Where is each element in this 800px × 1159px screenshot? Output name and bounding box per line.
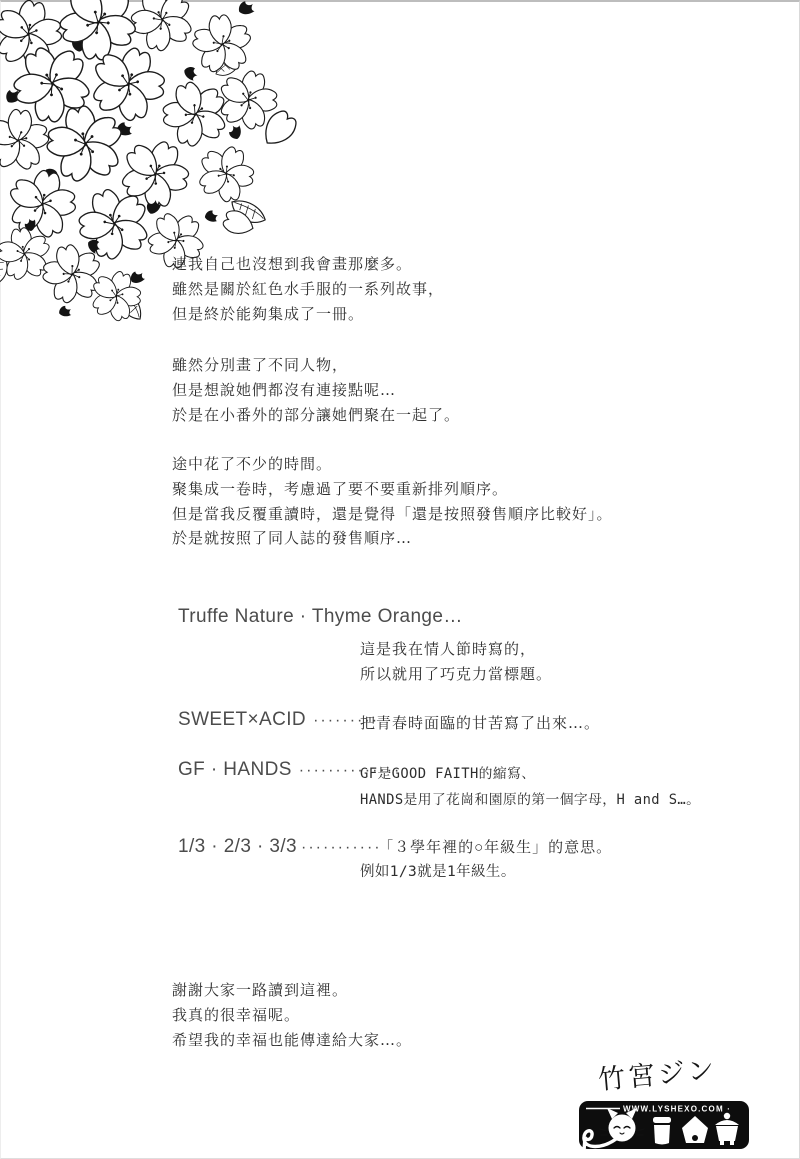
text-line: 於是就按照了同人誌的發售順序… (172, 526, 613, 551)
note-line: 把青春時面臨的甘苦寫了出來…。 (360, 711, 600, 736)
intro-paragraph-1: 連我自己也沒想到我會畫那麼多。 雖然是關於紅色水手服的一系列故事， 但是終於能夠… (172, 252, 444, 326)
closing-paragraph: 謝謝大家一路讀到這裡。 我真的很幸福呢。 希望我的幸福也能傳達給大家…。 (172, 978, 412, 1052)
text-line: 於是在小番外的部分讓她們聚在一起了。 (172, 403, 460, 428)
text-line: 謝謝大家一路讀到這裡。 (172, 978, 412, 1003)
text-line: 但是想說她們都沒有連接點呢… (172, 378, 460, 403)
text-line: 希望我的幸福也能傳達給大家…。 (172, 1028, 412, 1053)
scanlation-logo: WWW.LYSHEXO.COM · (576, 1097, 758, 1159)
dot-leader: ··········· (301, 839, 382, 856)
section-notes-truffe-thyme: 這是我在情人節時寫的， 所以就用了巧克力當標題。 (360, 637, 552, 687)
text-line: 我真的很幸福呢。 (172, 1003, 412, 1028)
intro-paragraph-2: 雖然分別畫了不同人物， 但是想說她們都沒有連接點呢… 於是在小番外的部分讓她們聚… (172, 353, 460, 427)
text-line: 途中花了不少的時間。 (172, 452, 613, 477)
section-notes-grades: 例如1/3就是1年級生。 (360, 860, 516, 885)
note-line: 所以就用了巧克力當標題。 (360, 662, 552, 687)
note-line: 這是我在情人節時寫的， (360, 637, 552, 662)
section-title-text: SWEET×ACID (178, 709, 306, 730)
artist-signature: 竹宮ジン (596, 1048, 718, 1097)
text-line: 但是終於能夠集成了一冊。 (172, 302, 444, 327)
jar-icon (653, 1117, 671, 1145)
text-line: 但是當我反覆重讀時，還是覺得「還是按照發售順序比較好」。 (172, 502, 613, 527)
text-line: 連我自己也沒想到我會畫那麼多。 (172, 252, 444, 277)
note-line: 例如1/3就是1年級生。 (360, 860, 516, 885)
logo-url-text: WWW.LYSHEXO.COM · (623, 1105, 731, 1114)
section-title-grades: 1/3 · 2/3 · 3/3···········「３學年裡的○年級生」的意思… (178, 836, 612, 858)
section-title-text: Truffe Nature · Thyme Orange… (178, 606, 463, 627)
text-line: 聚集成一卷時，考慮過了要不要重新排列順序。 (172, 477, 613, 502)
section-notes-gf-hands: GF是GOOD FAITH的縮寫、 HANDS是用了花崗和園原的第一個字母，H … (360, 761, 700, 813)
section-title-sweet-acid: SWEET×ACID········· (178, 709, 379, 731)
text-line: 雖然分別畫了不同人物， (172, 353, 460, 378)
section-title-truffe-thyme: Truffe Nature · Thyme Orange… (178, 606, 470, 628)
note-line: HANDS是用了花崗和園原的第一個字母，H and S…。 (360, 787, 700, 813)
section-title-text: GF · HANDS (178, 759, 292, 780)
note-line: 「３學年裡的○年級生」的意思。 (386, 839, 613, 856)
section-title-text: 1/3 · 2/3 · 3/3 (178, 836, 297, 857)
text-line: 雖然是關於紅色水手服的一系列故事， (172, 277, 444, 302)
note-line: GF是GOOD FAITH的縮寫、 (360, 761, 700, 787)
intro-paragraph-3: 途中花了不少的時間。 聚集成一卷時，考慮過了要不要重新排列順序。 但是當我反覆重… (172, 452, 613, 551)
section-notes-sweet-acid: 把青春時面臨的甘苦寫了出來…。 (360, 711, 600, 736)
